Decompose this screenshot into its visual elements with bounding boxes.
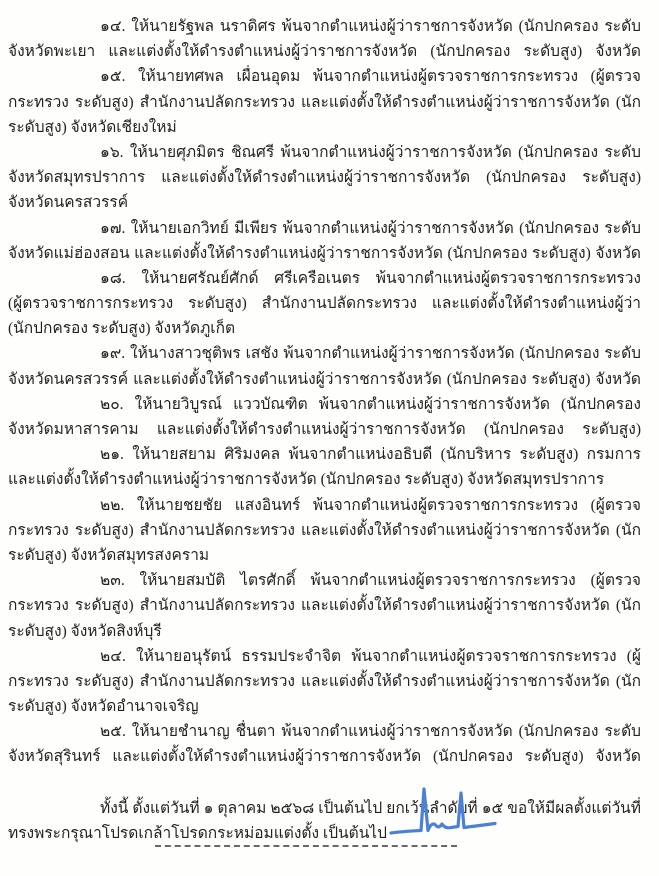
doc-line: ๒๐. ให้นายวิบูรณ์ แววบัณฑิต พ้นจากตำแหน่… bbox=[8, 392, 641, 417]
order-item-23: ๒๓. ให้นายสมบัติ ไตรศักดิ์ พ้นจากตำแหน่ง… bbox=[8, 568, 641, 644]
doc-line: (ผู้ตรวจราชการกระทรวง ระดับสูง) สำนักงาน… bbox=[8, 291, 641, 316]
doc-line: ระดับสูง) จังหวัดสิงห์บุรี bbox=[8, 619, 641, 644]
doc-line: กระทรวง ระดับสูง) สำนักงานปลัดกระทรวง แล… bbox=[8, 669, 641, 694]
order-item-20: ๒๐. ให้นายวิบูรณ์ แววบัณฑิต พ้นจากตำแหน่… bbox=[8, 392, 641, 442]
doc-line: ๑๗. ให้นายเอกวิทย์ มีเพียร พ้นจากตำแหน่ง… bbox=[8, 216, 641, 241]
doc-line: จังหวัดนครสวรรค์ bbox=[8, 190, 641, 215]
order-item-22: ๒๒. ให้นายชยชัย แสงอินทร์ พ้นจากตำแหน่งผ… bbox=[8, 493, 641, 569]
doc-line: ระดับสูง) จังหวัดสมุทรสงคราม bbox=[8, 543, 641, 568]
doc-line: กระทรวง ระดับสูง) สำนักงานปลัดกระทรวง แล… bbox=[8, 518, 641, 543]
doc-line: ๒๓. ให้นายสมบัติ ไตรศักดิ์ พ้นจากตำแหน่ง… bbox=[8, 568, 641, 593]
doc-line: กระทรวง ระดับสูง) สำนักงานปลัดกระทรวง แล… bbox=[8, 593, 641, 618]
order-item-15: ๑๕. ให้นายทศพล เผื่อนอุดม พ้นจากตำแหน่งผ… bbox=[8, 64, 641, 140]
doc-line: ๒๕. ให้นายชำนาญ ชื่นตา พ้นจากตำแหน่งผู้ว… bbox=[8, 719, 641, 744]
doc-line: จังหวัดแม่ฮ่องสอน และแต่งตั้งให้ดำรงตำแห… bbox=[8, 241, 641, 266]
doc-line: (นักปกครอง ระดับสูง) จังหวัดภูเก็ต bbox=[8, 316, 641, 341]
doc-line: จังหวัดมหาสารคาม และแต่งตั้งให้ดำรงตำแหน… bbox=[8, 417, 641, 442]
doc-line: ทั้งนี้ ตั้งแต่วันที่ ๑ ตุลาคม ๒๕๖๘ เป็น… bbox=[8, 796, 641, 821]
order-item-24: ๒๔. ให้นายอนุรัตน์ ธรรมประจำจิต พ้นจากตำ… bbox=[8, 644, 641, 720]
doc-line: ๒๔. ให้นายอนุรัตน์ ธรรมประจำจิต พ้นจากตำ… bbox=[8, 644, 641, 669]
signature-stroke bbox=[391, 789, 495, 833]
doc-line: ๑๔. ให้นายรัฐพล นราดิศร พ้นจากตำแหน่งผู้… bbox=[8, 14, 641, 39]
doc-line: ๑๕. ให้นายทศพล เผื่อนอุดม พ้นจากตำแหน่งผ… bbox=[8, 64, 641, 89]
order-item-25: ๒๕. ให้นายชำนาญ ชื่นตา พ้นจากตำแหน่งผู้ว… bbox=[8, 719, 641, 769]
doc-line: ทรงพระกรุณาโปรดเกล้าโปรดกระหม่อมแต่งตั้ง… bbox=[8, 821, 641, 846]
doc-line: ๑๙. ให้นางสาวชุติพร เสชัง พ้นจากตำแหน่งผ… bbox=[8, 341, 641, 366]
doc-line: และแต่งตั้งให้ดำรงตำแหน่งผู้ว่าราชการจัง… bbox=[8, 467, 641, 492]
doc-line: จังหวัดสมุทรปราการ และแต่งตั้งให้ดำรงตำแ… bbox=[8, 165, 641, 190]
doc-line: ๑๖. ให้นายศุภมิตร ชิณศรี พ้นจากตำแหน่งผู… bbox=[8, 140, 641, 165]
doc-line: ๒๒. ให้นายชยชัย แสงอินทร์ พ้นจากตำแหน่งผ… bbox=[8, 493, 641, 518]
doc-line: จังหวัดนครสวรรค์ และแต่งตั้งให้ดำรงตำแหน… bbox=[8, 367, 641, 392]
document-page: ๑๔. ให้นายรัฐพล นราดิศร พ้นจากตำแหน่งผู้… bbox=[0, 0, 659, 876]
signature-ink bbox=[388, 780, 500, 844]
doc-line: จังหวัดสุรินทร์ และแต่งตั้งให้ดำรงตำแหน่… bbox=[8, 744, 641, 769]
dashed-divider bbox=[155, 845, 457, 847]
order-item-16: ๑๖. ให้นายศุภมิตร ชิณศรี พ้นจากตำแหน่งผู… bbox=[8, 140, 641, 216]
order-item-17: ๑๗. ให้นายเอกวิทย์ มีเพียร พ้นจากตำแหน่ง… bbox=[8, 216, 641, 266]
order-item-14: ๑๔. ให้นายรัฐพล นราดิศร พ้นจากตำแหน่งผู้… bbox=[8, 14, 641, 64]
doc-line: ๒๑. ให้นายสยาม ศิริมงคล พ้นจากตำแหน่งอธิ… bbox=[8, 442, 641, 467]
order-item-19: ๑๙. ให้นางสาวชุติพร เสชัง พ้นจากตำแหน่งผ… bbox=[8, 341, 641, 391]
doc-line: ระดับสูง) จังหวัดอำนาจเจริญ bbox=[8, 694, 641, 719]
doc-line: กระทรวง ระดับสูง) สำนักงานปลัดกระทรวง แล… bbox=[8, 90, 641, 115]
closing-paragraph: ทั้งนี้ ตั้งแต่วันที่ ๑ ตุลาคม ๒๕๖๘ เป็น… bbox=[8, 796, 641, 846]
doc-line: ระดับสูง) จังหวัดเชียงใหม่ bbox=[8, 115, 641, 140]
doc-line: จังหวัดพะเยา และแต่งตั้งให้ดำรงตำแหน่งผู… bbox=[8, 39, 641, 64]
order-item-18: ๑๘. ให้นายศรัณย์ศักด์ ศรีเครือเนตร พ้นจา… bbox=[8, 266, 641, 342]
order-item-21: ๒๑. ให้นายสยาม ศิริมงคล พ้นจากตำแหน่งอธิ… bbox=[8, 442, 641, 492]
doc-line: ๑๘. ให้นายศรัณย์ศักด์ ศรีเครือเนตร พ้นจา… bbox=[8, 266, 641, 291]
